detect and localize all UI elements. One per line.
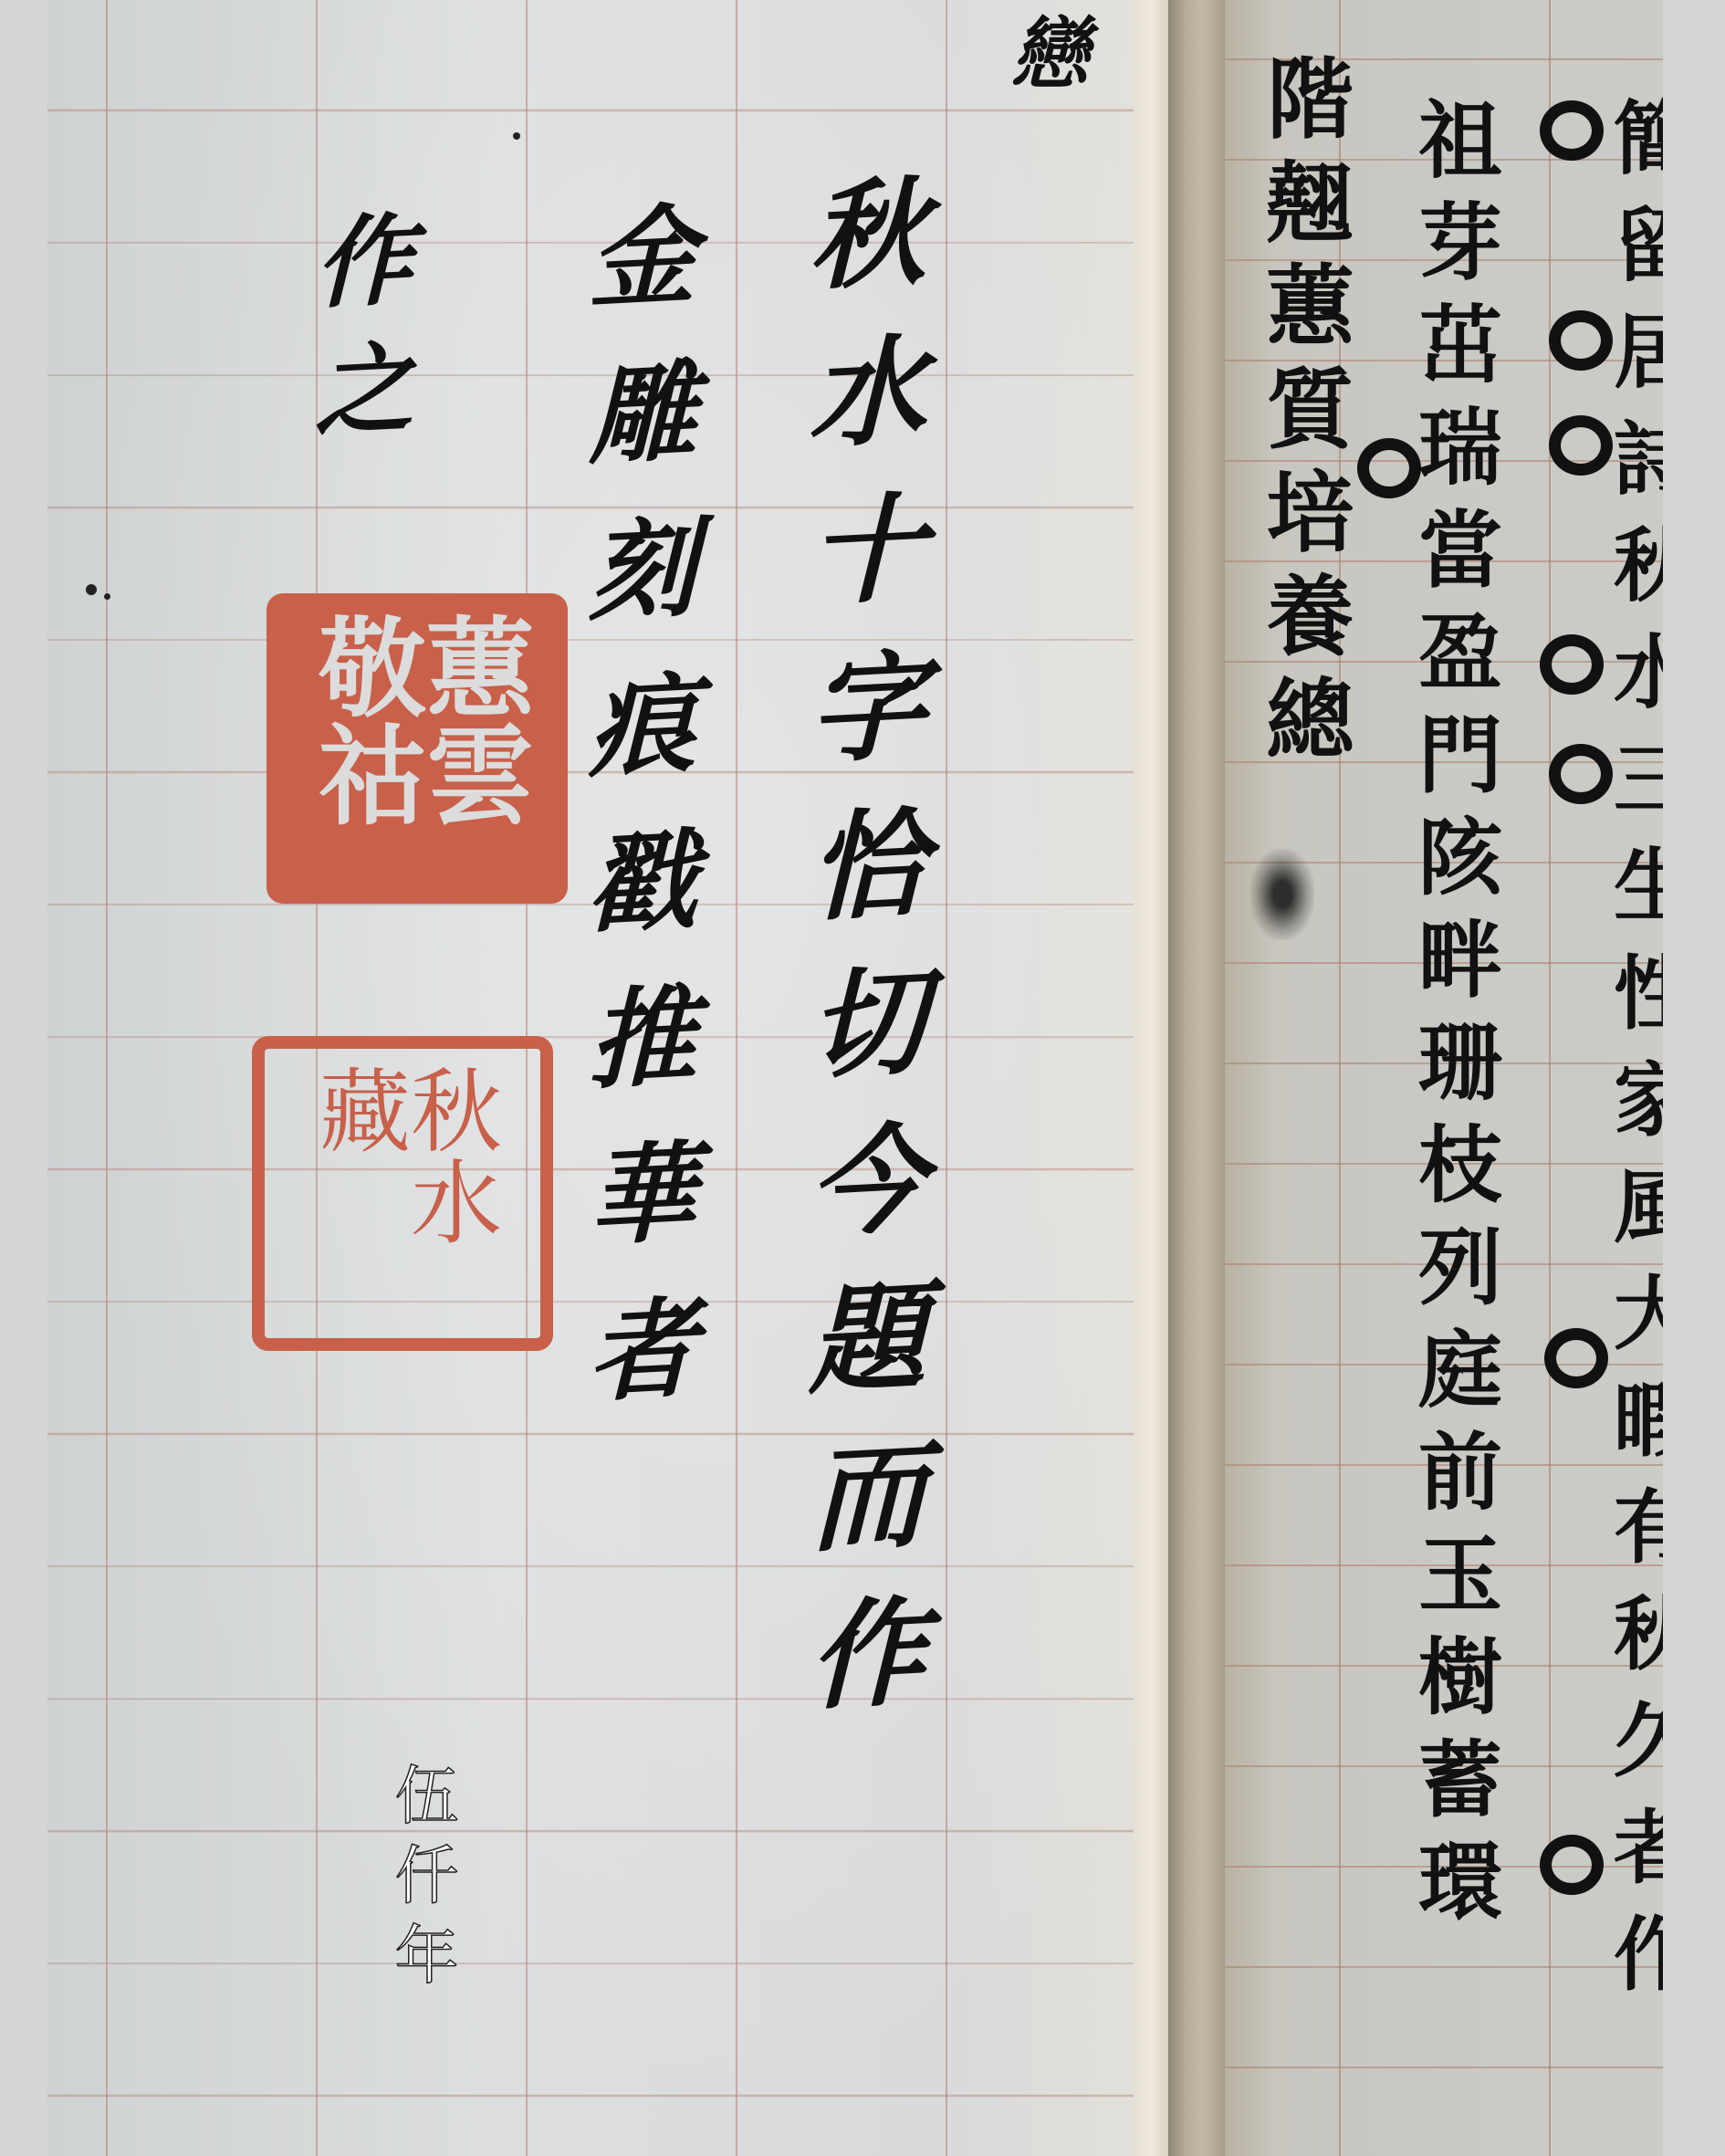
circle-punctuation-mark [1549,744,1613,804]
seal-top-text: 蕙雲敬祜 [309,612,525,885]
top-character-fragment: 戀 [1010,0,1089,104]
left-page: 戀 秋水十字恰切今題而作 金雕刻痕戳推華者 作之 蕙雲敬祜 秋水藏 伍仟年 [47,0,1166,2156]
right-page: 階翹蕙質培養總 祖芽茁瑞當盈門陔畔珊枝列庭前玉樹蓄環 簡留居詩秋水三生性家風大暇… [1225,0,1663,2156]
cursive-column-1: 秋水十字恰切今題而作 [796,170,918,1753]
book-spine [1168,0,1225,2156]
ink-smudge [1250,849,1314,940]
circle-punctuation-mark [1549,415,1613,476]
cursive-column-2: 金雕刻痕戳推華者 [577,198,690,1453]
watermark-text: 伍仟年 [376,1762,468,2002]
circle-punctuation-mark [1544,1328,1608,1388]
seal-relief-red: 蕙雲敬祜 [267,593,568,904]
regular-column-3: 簡留居詩秋水三生性家風大暇有秋久者作 [1608,96,1663,2019]
circle-punctuation-mark [1540,100,1604,161]
circle-punctuation-mark [1540,634,1604,695]
seal-bottom-text: 秋水藏 [311,1063,494,1324]
regular-column-2: 祖芽茁瑞當盈門陔畔珊枝列庭前玉樹蓄環 [1412,96,1496,1940]
seal-intaglio-red: 秋水藏 [252,1036,553,1351]
ink-speck [86,584,97,595]
circle-punctuation-mark [1357,438,1421,498]
ink-speck [513,132,520,140]
manuscript-photo: 戀 秋水十字恰切今題而作 金雕刻痕戳推華者 作之 蕙雲敬祜 秋水藏 伍仟年 階翹… [47,0,1663,2156]
regular-column-1: 階翹蕙質培養總 [1260,53,1347,777]
circle-punctuation-mark [1540,1835,1604,1895]
ink-speck [104,593,110,600]
left-page-edge [1134,0,1170,2156]
cursive-column-3: 作之 [303,207,406,469]
circle-punctuation-mark [1549,310,1613,371]
